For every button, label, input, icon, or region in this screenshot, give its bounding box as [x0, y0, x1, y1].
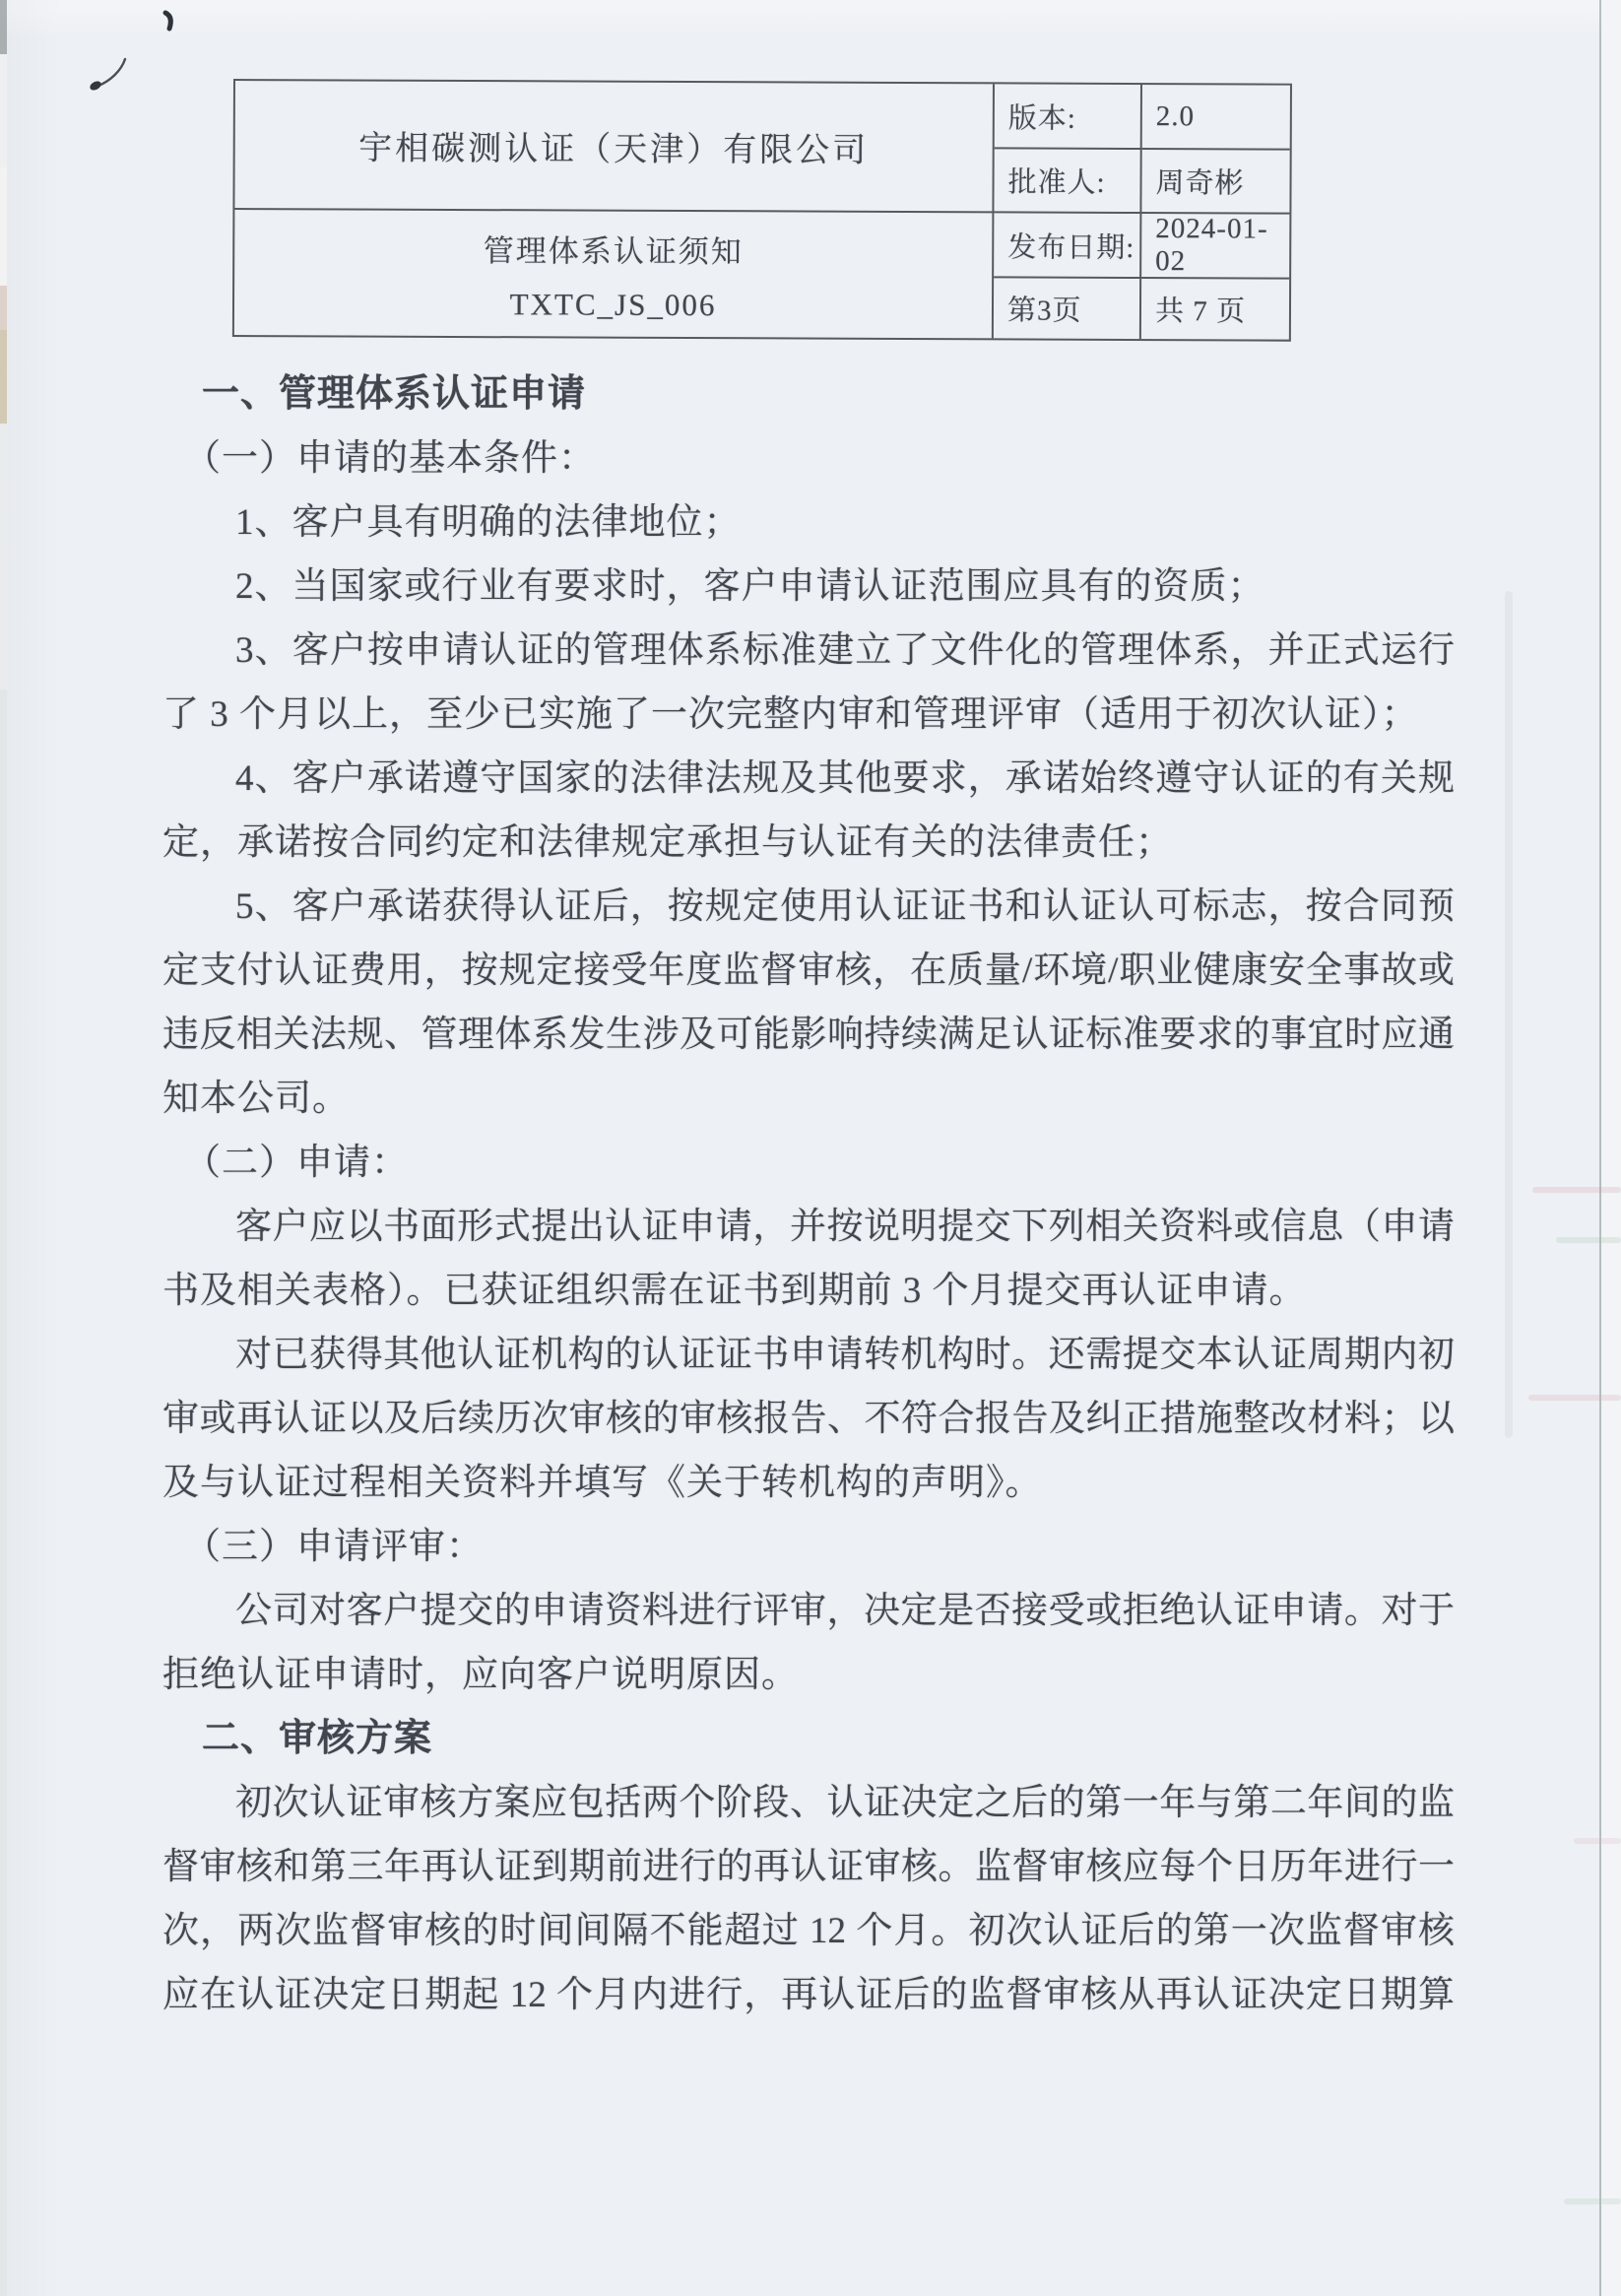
text-line: 次，两次监督审核的时间间隔不能超过 12 个月。初次认证后的第一次监督审核 [162, 1899, 1455, 1963]
text-line: 定支付认证费用，按规定接受年度监督审核，在质量/环境/职业健康安全事故或 [162, 939, 1455, 1003]
text-line: 2、当国家或行业有要求时，客户申请认证范围应具有的资质； [235, 555, 1455, 619]
text-line: 公司对客户提交的申请资料进行评审，决定是否接受或拒绝认证申请。对于 [235, 1579, 1455, 1643]
pen-marks-icon [0, 0, 227, 118]
text-line: 审或再认证以及后续历次审核的审核报告、不符合报告及纠正措施整改材料；以 [162, 1387, 1455, 1451]
text-line: 初次认证审核方案应包括两个阶段、认证决定之后的第一年与第二年间的监 [235, 1771, 1455, 1835]
meta-label-version: 版本: [995, 84, 1142, 150]
text-line: （二）申请： [184, 1131, 1455, 1195]
text-line: 了 3 个月以上，至少已实施了一次完整内审和管理评审（适用于初次认证）； [162, 683, 1455, 747]
doc-title: 管理体系认证须知 [484, 226, 744, 271]
body-text: 一、管理体系认证申请（一）申请的基本条件：1、客户具有明确的法律地位；2、当国家… [162, 362, 1455, 2027]
scan-streak [1556, 1237, 1621, 1243]
text-line: （一）申请的基本条件： [184, 426, 1455, 491]
meta-value-release-date: 2024-01-02 [1141, 214, 1289, 280]
text-line: 违反相关法规、管理体系发生涉及可能影响持续满足认证标准要求的事宜时应通 [162, 1003, 1455, 1067]
text-line: 5、客户承诺获得认证后，按规定使用认证证书和认证认可标志，按合同预 [235, 875, 1455, 939]
meta-label-approver: 批准人: [994, 149, 1141, 214]
text-line: 定，承诺按合同约定和法律规定承担与认证有关的法律责任； [162, 811, 1455, 875]
text-line: （三）申请评审： [184, 1515, 1455, 1579]
scan-edge-left [0, 0, 7, 2296]
scan-streak [1532, 1187, 1621, 1193]
text-line: 一、管理体系认证申请 [202, 362, 1455, 426]
text-line: 书及相关表格）。已获证组织需在证书到期前 3 个月提交再认证申请。 [162, 1259, 1455, 1323]
meta-label-page-number: 第3页 [994, 278, 1141, 339]
scanned-page: 宇相碳测认证（天津）有限公司 管理体系认证须知 TXTC_JS_006 版本: … [0, 0, 1621, 2296]
company-name: 宇相碳测认证（天津）有限公司 [234, 81, 995, 213]
text-line: 3、客户按申请认证的管理体系标准建立了文件化的管理体系，并正式运行 [235, 619, 1455, 683]
text-line: 及与认证过程相关资料并填写《关于转机构的声明》。 [162, 1451, 1455, 1515]
header-table: 宇相碳测认证（天津）有限公司 管理体系认证须知 TXTC_JS_006 版本: … [232, 79, 1292, 342]
scan-edge-right-line [1599, 0, 1601, 2296]
text-line: 二、审核方案 [202, 1707, 1455, 1771]
text-line: 督审核和第三年再认证到期前进行的再认证审核。监督审核应每个日历年进行一 [162, 1835, 1455, 1899]
scan-streak [1528, 1395, 1621, 1401]
text-line: 对已获得其他认证机构的认证证书申请转机构时。还需提交本认证周期内初 [235, 1323, 1455, 1387]
text-line: 客户应以书面形式提出认证申请，并按说明提交下列相关资料或信息（申请 [235, 1195, 1455, 1259]
meta-label-release-date: 发布日期: [994, 213, 1141, 279]
scan-edge-right [1601, 0, 1621, 2296]
text-line: 应在认证决定日期起 12 个月内进行，再认证后的监督审核从再认证决定日期算 [162, 1963, 1455, 2027]
doc-title-cell: 管理体系认证须知 TXTC_JS_006 [234, 210, 995, 338]
meta-value-version: 2.0 [1142, 85, 1290, 151]
scan-smear [1505, 591, 1513, 1438]
text-line: 知本公司。 [162, 1067, 1455, 1131]
text-line: 4、客户承诺遵守国家的法律法规及其他要求，承诺始终遵守认证的有关规 [235, 747, 1455, 811]
text-line: 拒绝认证申请时，应向客户说明原因。 [162, 1643, 1455, 1707]
text-line: 1、客户具有明确的法律地位； [235, 491, 1455, 555]
scan-streak [1574, 1838, 1621, 1844]
meta-value-approver: 周奇彬 [1141, 150, 1289, 215]
scan-streak [1564, 2198, 1621, 2204]
doc-code: TXTC_JS_006 [510, 287, 717, 323]
meta-value-total-pages: 共 7 页 [1141, 279, 1289, 340]
